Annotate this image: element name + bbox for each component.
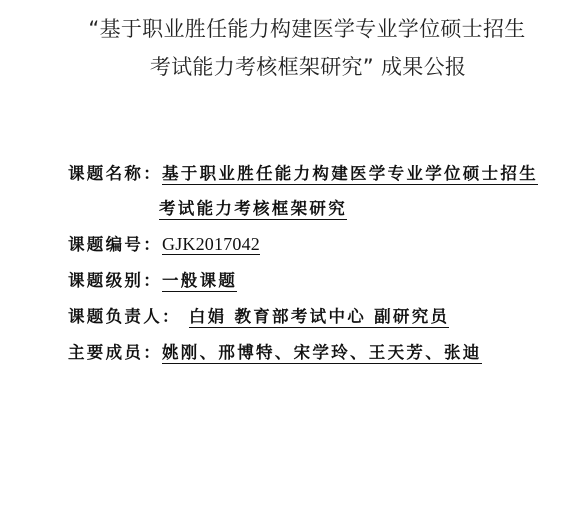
document-title-line-2: 考试能力考核框架研究” 成果公报 xyxy=(0,55,570,79)
field-value-project-code: GJK2017042 xyxy=(162,234,260,255)
field-project-name-continuation: 考试能力考核框架研究 xyxy=(159,198,347,220)
field-label-project-code: 课题编号： xyxy=(68,234,162,256)
field-value-project-name: 基于职业胜任能力构建医学专业学位硕士招生 xyxy=(162,164,538,185)
field-main-members: 主要成员：姚刚、邢博特、宋学玲、王天芳、张迪 xyxy=(68,342,482,364)
field-value-project-level: 一般课题 xyxy=(162,271,237,292)
field-label-main-members: 主要成员： xyxy=(68,342,162,364)
field-value-project-name-line-2: 考试能力考核框架研究 xyxy=(159,199,347,220)
field-project-level: 课题级别：一般课题 xyxy=(68,270,237,292)
field-project-name: 课题名称：基于职业胜任能力构建医学专业学位硕士招生 xyxy=(68,163,538,185)
field-label-project-name: 课题名称： xyxy=(68,163,162,185)
field-project-code: 课题编号：GJK2017042 xyxy=(68,234,260,256)
field-value-main-members: 姚刚、邢博特、宋学玲、王天芳、张迪 xyxy=(162,343,482,364)
field-value-project-leader: 白娟 教育部考试中心 副研究员 xyxy=(189,307,450,328)
field-project-leader: 课题负责人：白娟 教育部考试中心 副研究员 xyxy=(68,306,449,328)
document-title-line-1: “基于职业胜任能力构建医学专业学位硕士招生 xyxy=(0,17,570,41)
field-label-project-leader: 课题负责人： xyxy=(68,306,181,328)
field-label-project-level: 课题级别： xyxy=(68,270,162,292)
